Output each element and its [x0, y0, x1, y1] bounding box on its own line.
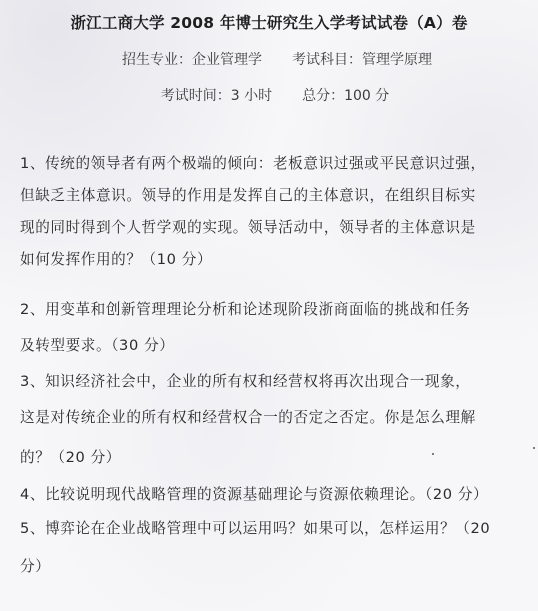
question-line: 及转型要求。（30 分）	[20, 334, 520, 355]
exam-title: 浙江工商大学 2008 年博士研究生入学考试试卷（A）卷	[0, 11, 538, 33]
scan-speck	[432, 453, 434, 455]
question-line: 的？（20 分）	[20, 446, 520, 467]
exam-paper-page: 浙江工商大学 2008 年博士研究生入学考试试卷（A）卷 招生专业：企业管理学考…	[0, 0, 538, 611]
question-line: 分）	[20, 555, 520, 576]
exam-meta-major-subject: 招生专业：企业管理学考试科目：管理学原理	[8, 49, 538, 69]
question-line: 现的同时得到个人哲学观的实现。领导活动中，领导者的主体意识是	[20, 216, 520, 237]
exam-meta-time-score: 考试时间：3 小时总分：100 分	[6, 85, 538, 105]
question-line: 3、知识经济社会中，企业的所有权和经营权将再次出现合一现象，	[20, 370, 520, 391]
subject-label: 考试科目：	[292, 52, 362, 68]
question-line: 1、传统的领导者有两个极端的倾向：老板意识过强或平民意识过强，	[20, 152, 520, 173]
scan-speck	[533, 447, 535, 449]
question-line: 这是对传统企业的所有权和经营权合一的否定之否定。你是怎么理解	[20, 406, 520, 427]
question-line: 5、博弈论在企业战略管理中可以运用吗？如果可以，怎样运用？（20	[20, 517, 520, 538]
question-line: 4、比较说明现代战略管理的资源基础理论与资源依赖理论。（20 分）	[20, 483, 520, 504]
question-line: 但缺乏主体意识。领导的作用是发挥自己的主体意识，在组织目标实	[20, 184, 520, 205]
score-label: 总分：	[302, 88, 344, 104]
time-label: 考试时间：	[161, 88, 231, 104]
score-value: 100 分	[344, 88, 389, 104]
time-value: 3 小时	[231, 88, 272, 104]
question-line: 如何发挥作用的？（10 分）	[20, 248, 520, 269]
subject-value: 管理学原理	[362, 52, 432, 68]
question-line: 2、用变革和创新管理理论分析和论述现阶段浙商面临的挑战和任务	[20, 298, 520, 319]
major-label: 招生专业：	[122, 52, 192, 68]
major-value: 企业管理学	[192, 52, 262, 68]
